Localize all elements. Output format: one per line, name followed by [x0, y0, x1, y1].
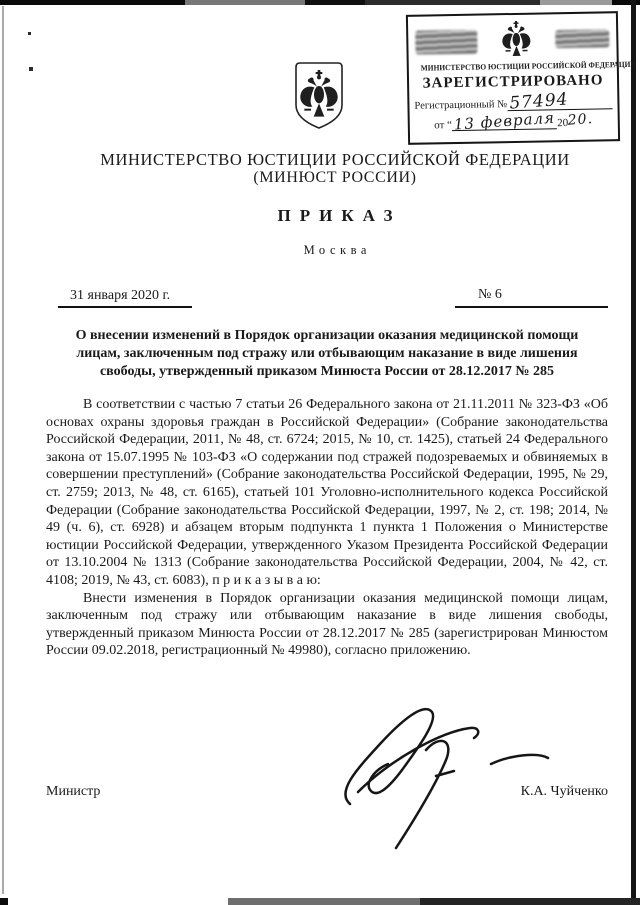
document-title: О внесении изменений в Порядок организац…	[46, 327, 608, 381]
stamp-reg-number-line: Регистрационный № 57494	[414, 92, 612, 112]
city-label: Москва	[45, 243, 625, 258]
stamp-emblem-row	[413, 16, 612, 61]
document-body: В соответствии с частью 7 статьи 26 Феде…	[46, 396, 608, 660]
ministry-name: МИНИСТЕРСТВО ЮСТИЦИИ РОССИЙСКОЙ ФЕДЕРАЦИ…	[45, 150, 625, 170]
document-title-line: лицам, заключенным под стражу или отбыва…	[46, 345, 608, 363]
stamp-seal-smudge-left	[415, 30, 477, 55]
stamp-date-year-written: 20.	[568, 111, 594, 129]
stamp-ministry-line: МИНИСТЕРСТВО ЮСТИЦИИ РОССИЙСКОЙ ФЕДЕРАЦИ…	[421, 60, 605, 72]
document-page: МИНИСТЕРСТВО ЮСТИЦИИ РОССИЙСКОЙ ФЕДЕРАЦИ…	[0, 0, 640, 905]
registration-stamp: МИНИСТЕРСТВО ЮСТИЦИИ РОССИЙСКОЙ ФЕДЕРАЦИ…	[406, 11, 620, 145]
document-type-heading: ПРИКАЗ	[45, 206, 625, 226]
scan-speck	[28, 32, 31, 35]
date-underline	[58, 306, 192, 308]
number-underline	[455, 306, 608, 308]
scan-speck	[29, 67, 33, 71]
signature-row: Министр К.А. Чуйченко	[46, 784, 608, 800]
scan-edge-right	[631, 0, 636, 905]
body-paragraph-1: В соответствии с частью 7 статьи 26 Феде…	[46, 396, 608, 590]
stamp-seal-smudge-right	[555, 29, 609, 48]
stamp-date-day-month: 13 февраля	[454, 111, 556, 132]
coat-of-arms-icon	[293, 62, 345, 130]
scan-edge-top	[0, 0, 640, 5]
document-number: № 6	[478, 287, 502, 303]
minister-name: К.А. Чуйченко	[521, 784, 608, 800]
minister-signature	[328, 672, 584, 862]
stamp-date-line: от “ 13 февраля 20 20.	[415, 111, 613, 131]
scan-edge-left	[2, 6, 4, 894]
document-title-line: О внесении изменений в Порядок организац…	[46, 327, 608, 345]
stamp-date-year-printed: 20	[557, 117, 568, 129]
scan-edge-bottom	[0, 898, 640, 905]
document-date: 31 января 2020 г.	[70, 288, 170, 304]
minister-position-label: Министр	[46, 784, 100, 800]
body-paragraph-2: Внести изменения в Порядок организации о…	[46, 590, 608, 660]
ministry-short-name: (МИНЮСТ РОССИИ)	[45, 169, 625, 187]
stamp-reg-number-label: Регистрационный №	[414, 99, 507, 113]
stamp-reg-number-value: 57494	[509, 92, 569, 112]
document-title-line: свободы, утвержденный приказом Минюста Р…	[46, 363, 608, 381]
stamp-eagle-icon	[501, 20, 532, 59]
stamp-date-prefix: от “	[434, 119, 452, 131]
stamp-registered-label: ЗАРЕГИСТРИРОВАНО	[414, 72, 612, 92]
